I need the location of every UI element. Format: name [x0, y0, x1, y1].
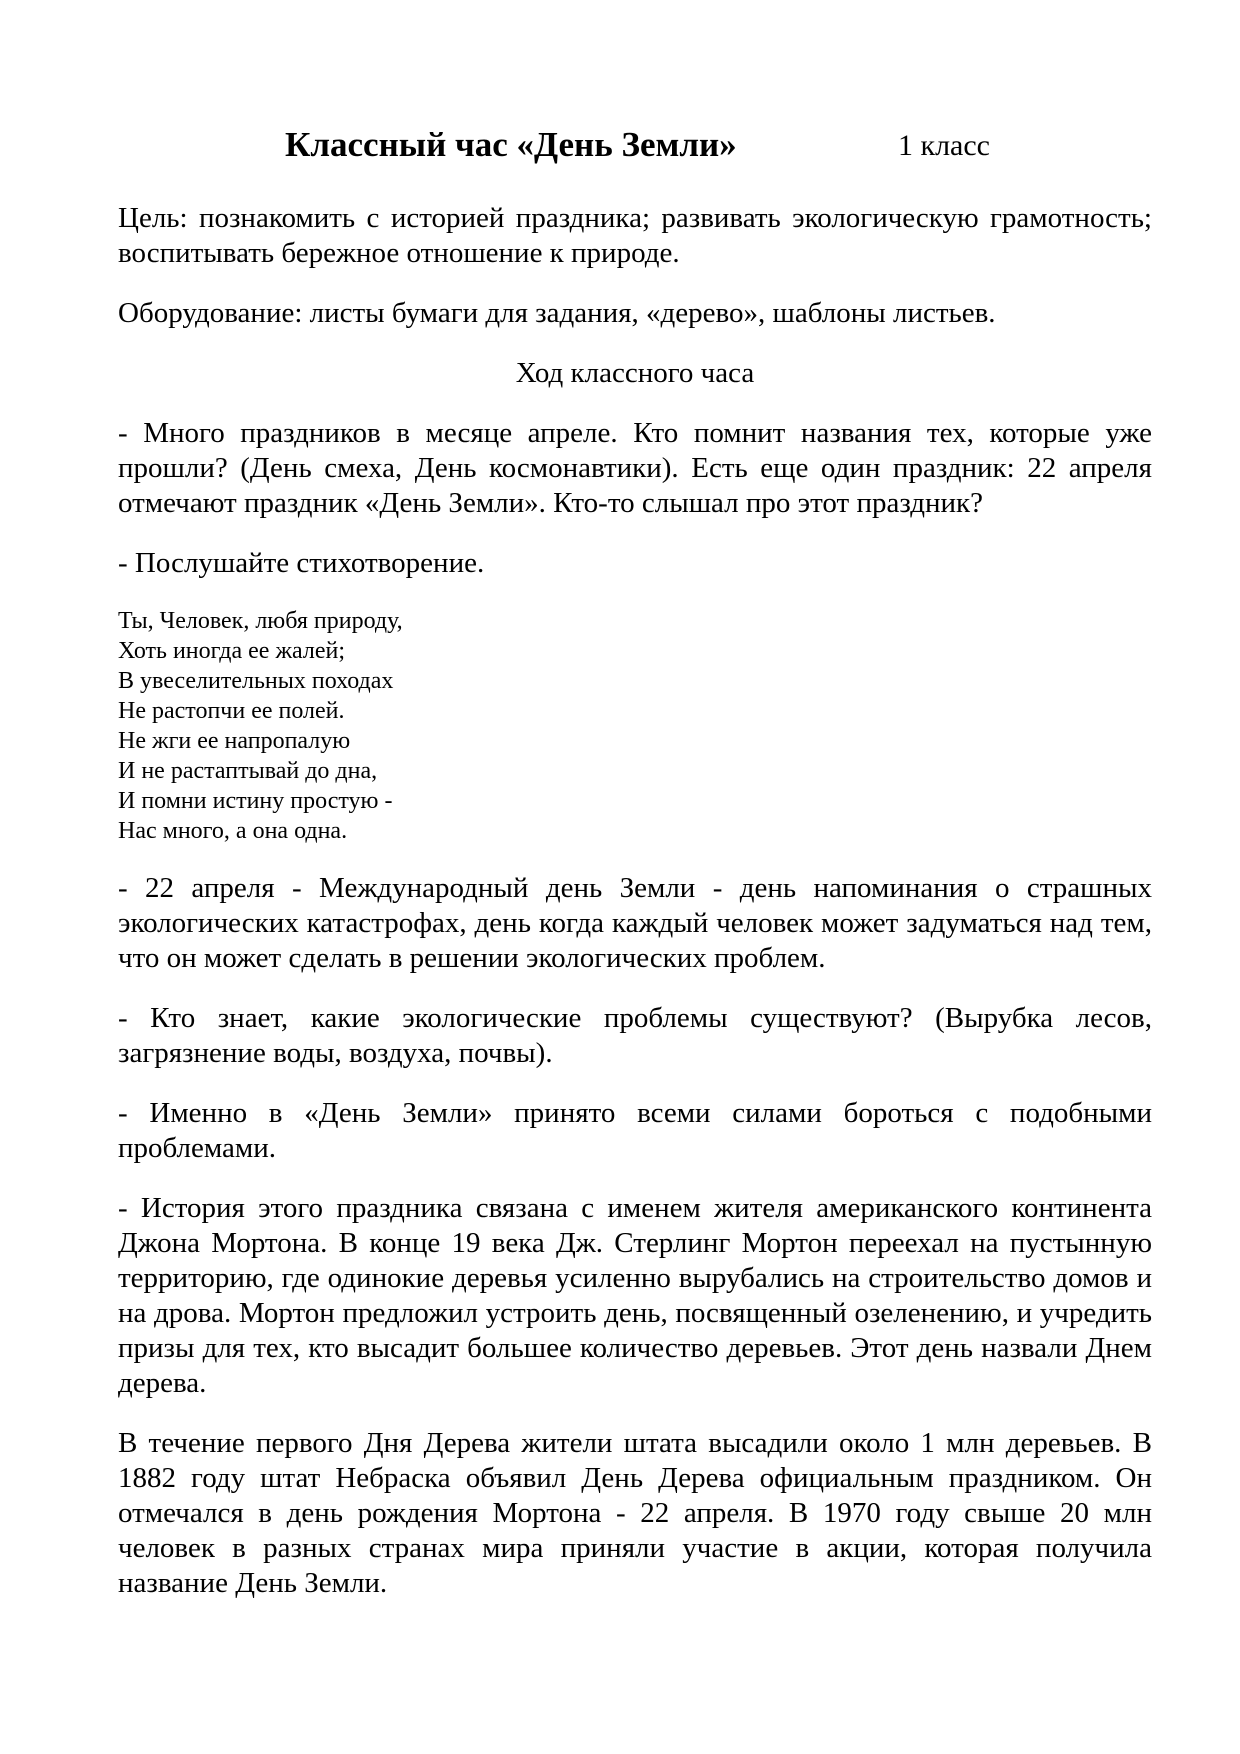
poem-line: И помни истину простую -: [118, 786, 1152, 816]
goal-paragraph: Цель: познакомить с историей праздника; …: [118, 201, 1152, 271]
poem-line: Не жги ее напропалую: [118, 726, 1152, 756]
poem-line: Не растопчи ее полей.: [118, 696, 1152, 726]
poem-line: И не растаптывай до дна,: [118, 756, 1152, 786]
equipment-paragraph: Оборудование: листы бумаги для задания, …: [118, 296, 1152, 331]
poem: Ты, Человек, любя природу, Хоть иногда е…: [118, 606, 1152, 846]
poem-line: В увеселительных походах: [118, 666, 1152, 696]
poem-line: Хоть иногда ее жалей;: [118, 636, 1152, 666]
paragraph-fight-problems: - Именно в «День Земли» принято всеми си…: [118, 1096, 1152, 1166]
paragraph-april-holidays: - Много праздников в месяце апреле. Кто …: [118, 416, 1152, 521]
poem-line: Ты, Человек, любя природу,: [118, 606, 1152, 636]
page-title: Классный час «День Земли»: [285, 122, 737, 167]
section-heading: Ход классного часа: [118, 356, 1152, 391]
grade-label: 1 класс: [898, 125, 990, 167]
paragraph-eco-problems-question: - Кто знает, какие экологические проблем…: [118, 1001, 1152, 1071]
document-header: Классный час «День Земли» 1 класс: [118, 122, 1152, 167]
paragraph-listen-poem: - Послушайте стихотворение.: [118, 546, 1152, 581]
poem-line: Нас много, а она одна.: [118, 816, 1152, 846]
paragraph-history-morton: - История этого праздника связана с имен…: [118, 1191, 1152, 1401]
paragraph-tree-day-history: В течение первого Дня Дерева жители штат…: [118, 1426, 1152, 1601]
document-page: Классный час «День Земли» 1 класс Цель: …: [0, 0, 1240, 1754]
paragraph-earth-day-meaning: - 22 апреля - Международный день Земли -…: [118, 871, 1152, 976]
